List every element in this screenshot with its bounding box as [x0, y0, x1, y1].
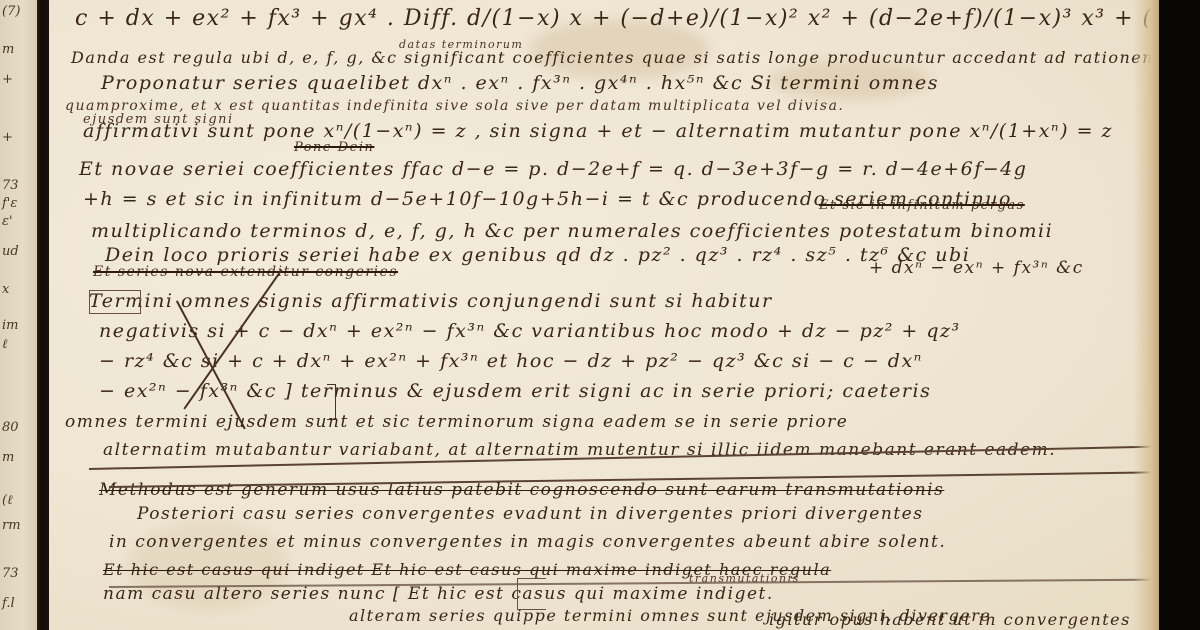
margin-mark: 73: [2, 178, 19, 193]
text-line: omnes termini ejusdem sunt et sic termin…: [65, 412, 848, 432]
margin-mark: +: [2, 72, 13, 87]
margin-mark: im: [2, 318, 19, 333]
text-line: negativis si + c − dxⁿ + ex²ⁿ − fx³ⁿ &c …: [99, 320, 961, 342]
margin-mark: m: [2, 42, 14, 57]
struck-line: Et series nova extenditur congeries: [93, 264, 398, 280]
manuscript-page: c + dx + ex² + fx³ + gx⁴ . Diff. d/(1−x)…: [49, 0, 1159, 630]
margin-mark: x: [2, 282, 9, 297]
margin-mark: m: [2, 450, 14, 465]
margin-mark: (ℓ: [2, 492, 13, 508]
text-line: Proponatur series quaelibet dxⁿ . exⁿ . …: [101, 72, 939, 94]
margin-mark: ud: [2, 244, 19, 259]
dark-background: [1159, 0, 1200, 630]
book-gutter: [37, 0, 49, 630]
adjacent-page: (7) m + + 73 f'ε ε' ud x im ℓ 80 m (ℓ rm…: [0, 0, 37, 630]
margin-mark: ℓ: [2, 336, 7, 352]
struck-note: Et sic in infinitum pergas: [819, 198, 1025, 213]
margin-mark: rm: [2, 518, 21, 533]
text-line: Et novae seriei coefficientes ffac d−e =…: [79, 158, 1027, 180]
margin-mark: ε': [2, 214, 13, 229]
text-line: Dein loco prioris seriei habe ex genibus…: [105, 244, 970, 266]
text-line: multiplicando terminos d, e, f, g, h &c …: [91, 220, 1053, 242]
margin-mark: f.l: [2, 596, 15, 611]
text-line: in convergentes et minus convergentes in…: [109, 532, 946, 552]
box-mark: [517, 578, 546, 610]
margin-mark: 73: [2, 566, 19, 581]
struck-line: Methodus est generum usus latius patebit…: [99, 480, 944, 500]
text-line: + dxⁿ − exⁿ + fx³ⁿ &c: [869, 258, 1084, 278]
text-line: Termini omnes signis affirmativis conjun…: [89, 290, 773, 312]
box-mark: [89, 290, 141, 314]
text-line: affirmativi sunt pone xⁿ/(1−xⁿ) = z , si…: [83, 120, 1113, 142]
margin-mark: 80: [2, 420, 19, 435]
text-line: Posteriori casu series convergentes evad…: [137, 504, 923, 524]
margin-mark: f'ε: [2, 196, 17, 211]
bracket-mark: [327, 384, 336, 420]
struck-note: Pone Dein: [294, 140, 374, 155]
text-line: c + dx + ex² + fx³ + gx⁴ . Diff. d/(1−x)…: [75, 6, 1159, 31]
text-line: igitur opus habent ut in convergentes: [769, 610, 1131, 629]
page-edge: [1133, 0, 1159, 630]
margin-mark: (7): [2, 4, 20, 19]
text-line: nam casu altero series nunc [ Et hic est…: [103, 584, 774, 604]
text-line: Danda est regula ubi d, e, f, g, &c sign…: [71, 48, 1159, 67]
margin-mark: +: [2, 130, 13, 145]
